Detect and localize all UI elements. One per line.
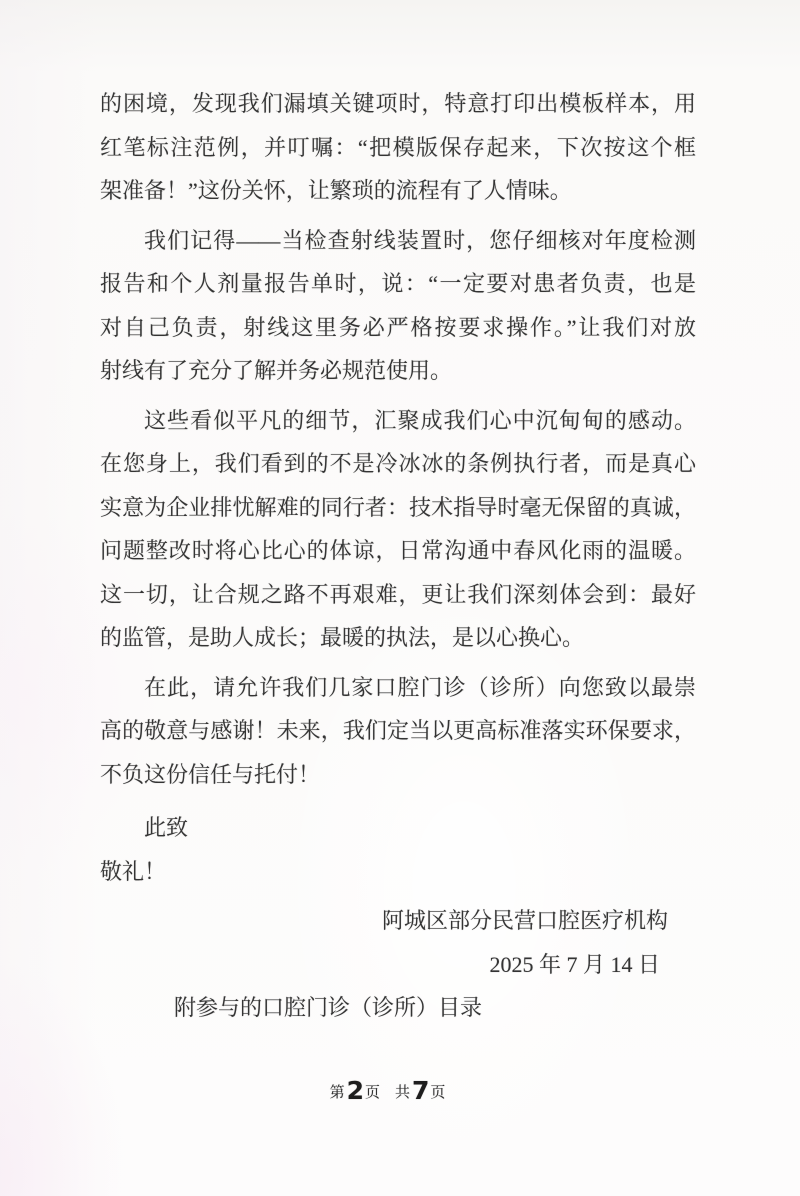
footer-total-label: 共 (395, 1085, 411, 1101)
text-line: 射线有了充分了解并务必规范使用。 (100, 349, 696, 393)
footer-page-label: 页 (365, 1085, 381, 1101)
text-line: 红笔标注范例，并叮嘱：“把模版保存起来，下次按这个框 (100, 126, 696, 170)
text-line: 这些看似平凡的细节，汇聚成我们心中沉甸甸的感动。 (100, 399, 696, 443)
footer-total-number-handwritten: 7 (412, 1076, 429, 1105)
text-line: 不负这份信任与托付！ (100, 753, 696, 797)
text-line: 这一切，让合规之路不再艰难，更让我们深刻体会到：最好 (100, 573, 696, 617)
text-line: 的困境，发现我们漏填关键项时，特意打印出模板样本，用 (100, 82, 696, 126)
footer-prefix: 第 (330, 1085, 346, 1101)
footer-page-number-handwritten: 2 (347, 1076, 364, 1105)
closing-cizhi: 此致 (100, 806, 696, 850)
signature-date: 2025 年 7 月 14 日 (100, 943, 696, 987)
signature-organization: 阿城区部分民营口腔医疗机构 (100, 899, 696, 943)
text-line: 在此，请允许我们几家口腔门诊（诊所）向您致以最崇 (100, 666, 696, 710)
footer-page-label-2: 页 (430, 1085, 446, 1101)
paragraph: 这些看似平凡的细节，汇聚成我们心中沉甸甸的感动。在您身上，我们看到的不是冷冰冰的… (100, 399, 696, 660)
text-line: 问题整改时将心比心的体谅，日常沟通中春风化雨的温暖。 (100, 529, 696, 573)
text-line: 架准备！”这份关怀，让繁琐的流程有了人情味。 (100, 169, 696, 213)
page-footer: 第2页共7页 (0, 1074, 788, 1103)
text-line: 我们记得——当检查射线装置时，您仔细核对年度检测 (100, 219, 696, 263)
paragraph: 我们记得——当检查射线装置时，您仔细核对年度检测报告和个人剂量报告单时，说：“一… (100, 219, 696, 393)
closing-jingli: 敬礼！ (100, 850, 696, 894)
letter-body: 的困境，发现我们漏填关键项时，特意打印出模板样本，用红笔标注范例，并叮嘱：“把模… (100, 82, 696, 1030)
text-line: 实意为企业排忧解难的同行者：技术指导时毫无保留的真诚， (100, 486, 696, 530)
text-line: 对自己负责，射线这里务必严格按要求操作。”让我们对放 (100, 306, 696, 350)
attachment-note: 附参与的口腔门诊（诊所）目录 (100, 986, 696, 1030)
scanned-letter-page: 的困境，发现我们漏填关键项时，特意打印出模板样本，用红笔标注范例，并叮嘱：“把模… (0, 0, 800, 1196)
text-line: 高的敬意与感谢！未来，我们定当以更高标准落实环保要求， (100, 709, 696, 753)
paragraph: 的困境，发现我们漏填关键项时，特意打印出模板样本，用红笔标注范例，并叮嘱：“把模… (100, 82, 696, 213)
text-line: 报告和个人剂量报告单时，说：“一定要对患者负责，也是 (100, 262, 696, 306)
text-line: 在您身上，我们看到的不是冷冰冰的条例执行者，而是真心 (100, 442, 696, 486)
paragraph: 在此，请允许我们几家口腔门诊（诊所）向您致以最崇高的敬意与感谢！未来，我们定当以… (100, 666, 696, 797)
letter-paragraphs: 的困境，发现我们漏填关键项时，特意打印出模板样本，用红笔标注范例，并叮嘱：“把模… (100, 82, 696, 796)
text-line: 的监管，是助人成长；最暖的执法，是以心换心。 (100, 616, 696, 660)
